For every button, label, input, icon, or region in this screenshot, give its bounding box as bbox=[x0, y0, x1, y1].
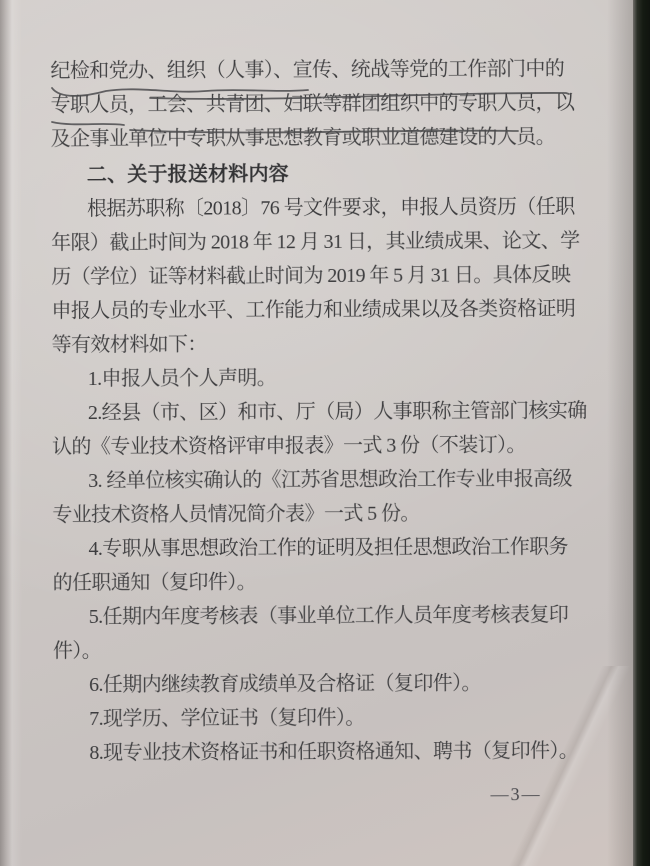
document-photo: 纪检和党办、组织（人事）、宣传、统战等党的工作部门中的 专职人员，工会、共青团、… bbox=[0, 0, 650, 866]
doc-list-item: 7.现学历、学位证书（复印件）。 bbox=[89, 705, 619, 731]
doc-list-item: 8.现专业技术资格证书和任职资格通知、聘书（复印件）。 bbox=[89, 739, 619, 765]
doc-line: 等有效材料如下： bbox=[52, 331, 582, 357]
doc-list-item: 6.任期内继续教育成绩单及合格证（复印件）。 bbox=[89, 671, 619, 697]
document-text-block: 纪检和党办、组织（人事）、宣传、统战等党的工作部门中的 专职人员，工会、共青团、… bbox=[0, 0, 650, 866]
doc-line: 申报人员的专业水平、工作能力和业绩成果以及各类资格证明 bbox=[51, 297, 581, 323]
doc-line: 纪检和党办、组织（人事）、宣传、统战等党的工作部门中的 bbox=[50, 57, 580, 83]
doc-line: 专业技术资格人员情况简介表》一式 5 份。 bbox=[52, 501, 582, 527]
doc-list-item: 5.任期内年度考核表（事业单位工作人员年度考核表复印 bbox=[89, 603, 619, 629]
doc-line: 年限）截止时间为 2018 年 12 月 31 日，其业绩成果、论文、学 bbox=[51, 229, 581, 255]
doc-line: 的任职通知（复印件）。 bbox=[53, 569, 583, 595]
doc-line: 及企事业单位中专职从事思想教育或职业道德建设的人员。 bbox=[51, 125, 581, 151]
page-number: —3— bbox=[491, 784, 542, 805]
doc-line: 专职人员，工会、共青团、妇联等群团组织中的专职人员，以 bbox=[51, 91, 581, 117]
doc-list-item: 3. 经单位核实确认的《江苏省思想政治工作专业申报高级 bbox=[88, 467, 618, 493]
section-heading: 二、关于报送材料内容 bbox=[87, 161, 617, 187]
doc-list-item: 1.申报人员个人声明。 bbox=[88, 365, 618, 391]
doc-line: 件）。 bbox=[53, 637, 583, 663]
doc-line: 根据苏职称〔2018〕76 号文件要求，申报人员资历（任职 bbox=[87, 195, 617, 221]
doc-line: 历（学位）证等材料截止时间为 2019 年 5 月 31 日。具体反映 bbox=[51, 263, 581, 289]
doc-list-item: 2.经县（市、区）和市、厅（局）人事职称主管部门核实确 bbox=[88, 399, 618, 425]
doc-list-item: 4.专职从事思想政治工作的证明及担任思想政治工作职务 bbox=[88, 535, 618, 561]
doc-line: 认的《专业技术资格评审申报表》一式 3 份（不装订）。 bbox=[52, 433, 582, 459]
